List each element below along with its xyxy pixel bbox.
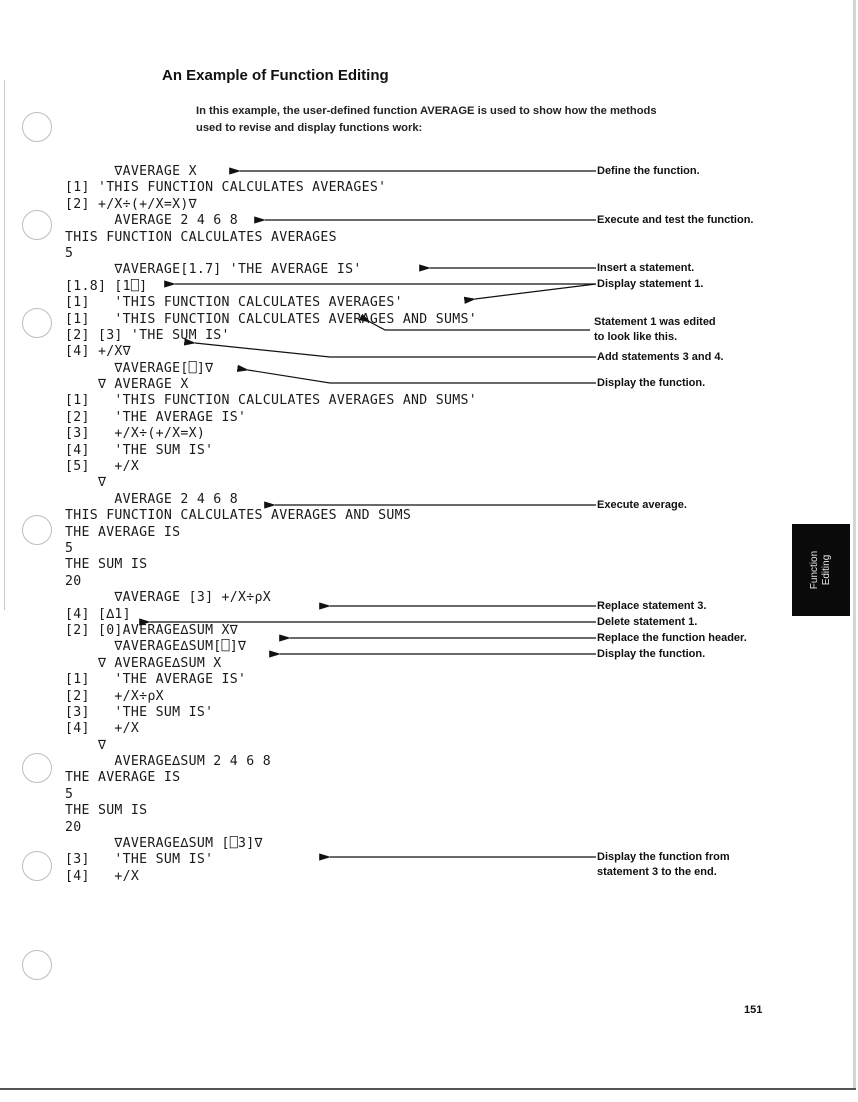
note-display-statement-1: Display statement 1. <box>597 277 703 292</box>
arrow-display-fn <box>248 370 596 383</box>
note-display-function: Display the function. <box>597 376 705 391</box>
arrow-add-3-4 <box>195 343 596 357</box>
note-execute-average: Execute average. <box>597 498 687 513</box>
arrow-display-1b <box>475 284 596 299</box>
thumb-tab-label: Function Editing <box>792 524 850 616</box>
note-display-function-2: Display the function. <box>597 647 705 662</box>
note-execute-test: Execute and test the function. <box>597 213 753 228</box>
note-line: Statement 1 was edited <box>594 315 716 330</box>
note-line: Display the function from <box>597 850 730 865</box>
annotation-arrows <box>0 0 858 1102</box>
note-replace-statement-3: Replace statement 3. <box>597 599 706 614</box>
note-delete-statement-1: Delete statement 1. <box>597 615 697 630</box>
note-display-from-statement-3: Display the function from statement 3 to… <box>597 850 730 880</box>
thumb-tab-line: Function <box>809 551 821 589</box>
page-number: 151 <box>744 1004 762 1016</box>
note-line: to look like this. <box>594 330 716 345</box>
section-thumb-tab: Function Editing <box>792 524 850 616</box>
note-replace-header: Replace the function header. <box>597 631 747 646</box>
note-define: Define the function. <box>597 164 700 179</box>
note-add-statements: Add statements 3 and 4. <box>597 350 724 365</box>
thumb-tab-line: Editing <box>821 555 833 586</box>
arrow-edited-1 <box>370 322 590 330</box>
note-edited-statement-1: Statement 1 was edited to look like this… <box>594 315 716 345</box>
note-insert: Insert a statement. <box>597 261 694 276</box>
note-line: statement 3 to the end. <box>597 865 730 880</box>
